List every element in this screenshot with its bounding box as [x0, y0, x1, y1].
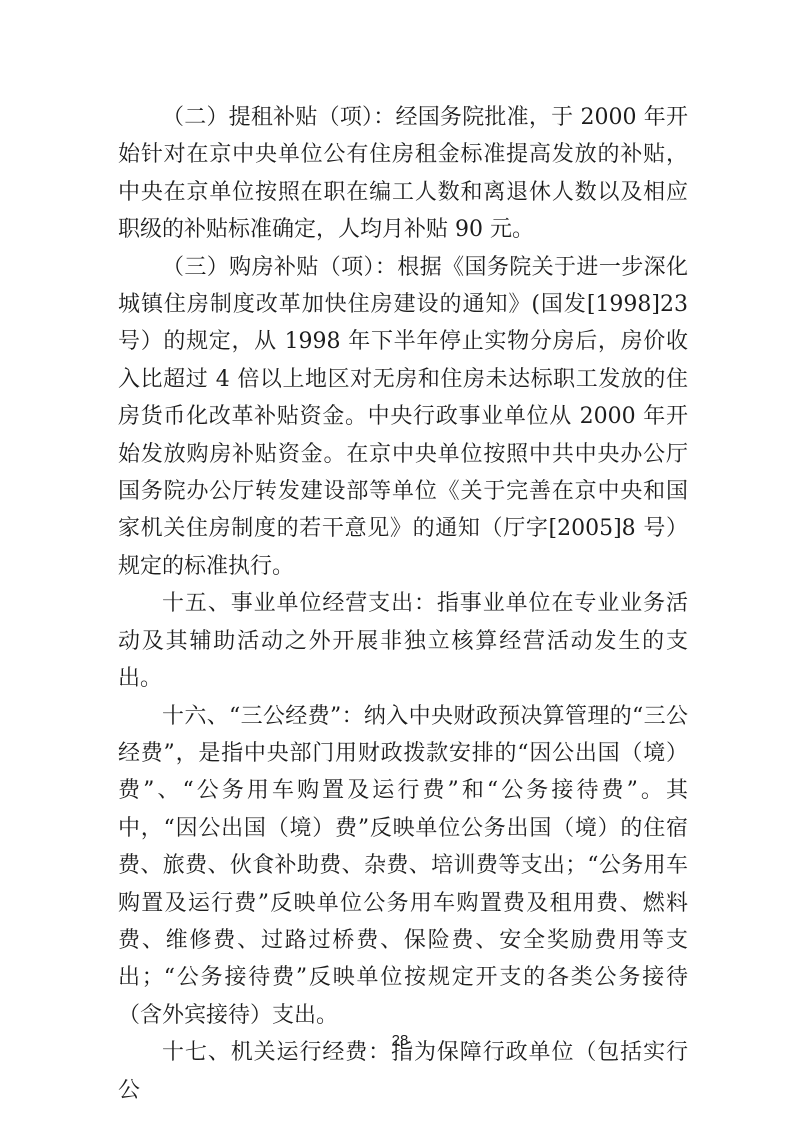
paragraph-rent-subsidy: （二）提租补贴（项）：经国务院批准，于 2000 年开始针对在京中央单位公有住房…	[118, 99, 688, 249]
paragraph-three-public-expenses: 十六、“三公经费”：纳入中央财政预决算管理的“三公经费”，是指中央部门用财政拨款…	[118, 698, 688, 1035]
page-number: 28	[0, 1032, 800, 1049]
paragraph-housing-purchase-subsidy: （三）购房补贴（项）：根据《国务院关于进一步深化城镇住房制度改革加快住房建设的通…	[118, 249, 688, 586]
paragraph-business-unit-operating-expense: 十五、事业单位经营支出：指事业单位在专业业务活动及其辅助活动之外开展非独立核算经…	[118, 585, 688, 697]
document-page: （二）提租补贴（项）：经国务院批准，于 2000 年开始针对在京中央单位公有住房…	[0, 0, 800, 1131]
document-body: （二）提租补贴（项）：经国务院批准，于 2000 年开始针对在京中央单位公有住房…	[118, 99, 688, 1109]
